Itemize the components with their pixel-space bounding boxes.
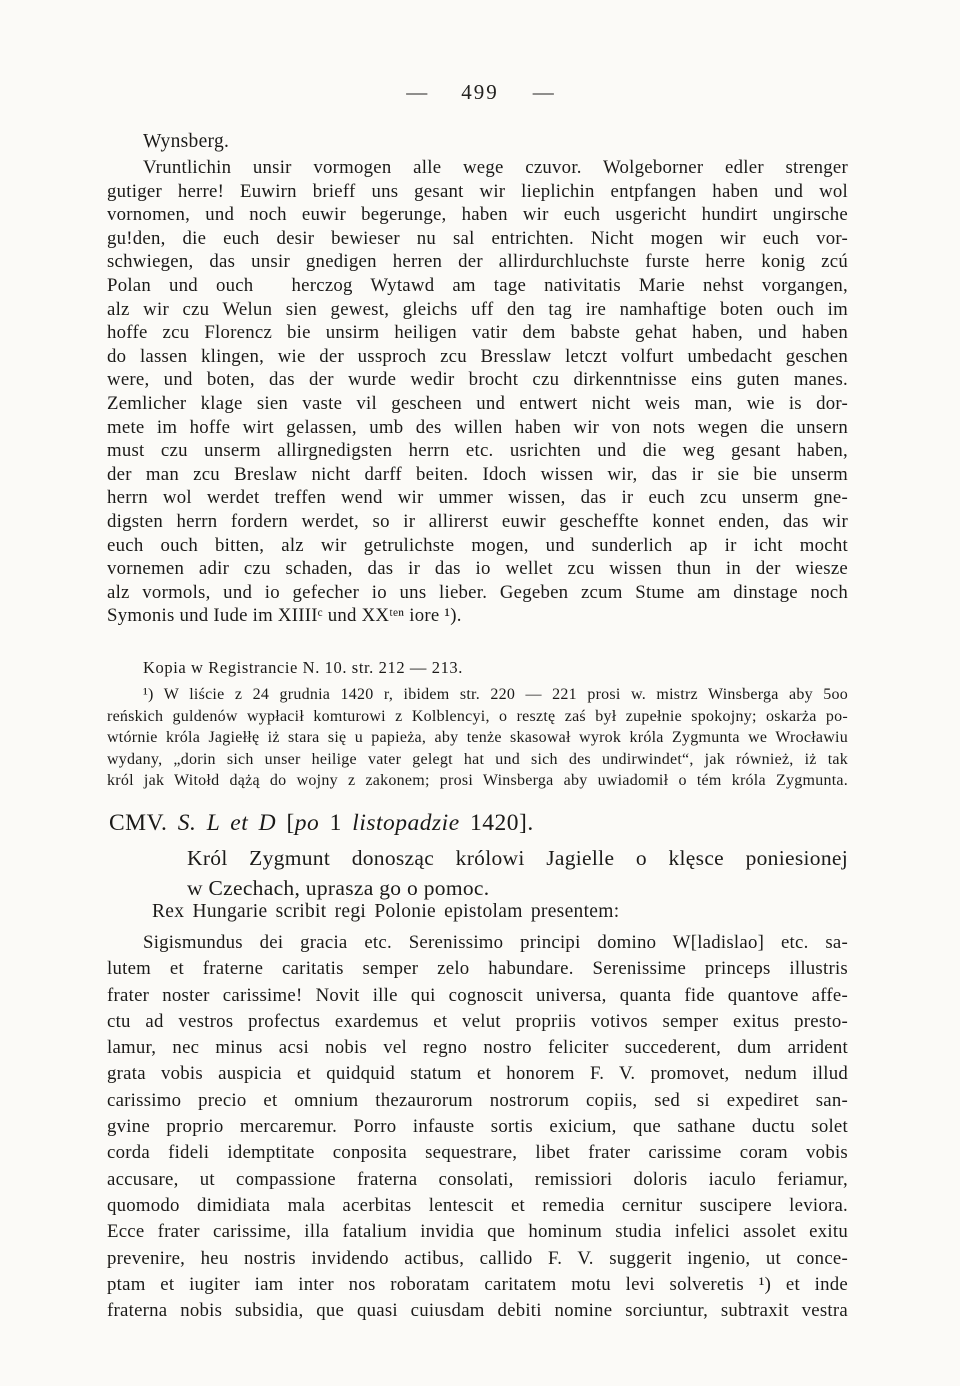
text-line: alz vormols, und io gefecher io uns lieb…: [107, 581, 848, 605]
text-line: euch ouch bitten, alz wir getrulichste m…: [107, 534, 848, 558]
heading-segment: 1: [319, 810, 352, 836]
text-line: w Czechach, uprasza go o pomoc.: [187, 873, 848, 903]
text-line: Ecce frater carissime, illa fatalium inv…: [107, 1219, 848, 1245]
header-dash-left: —: [406, 80, 427, 104]
text-line: do lassen klingen, wie der ussproch zcu …: [107, 345, 848, 369]
heading-segment: [: [286, 810, 294, 836]
entry-subtitle: Król Zygmunt donosząc królowi Jagielle o…: [187, 843, 848, 903]
text-line: schwiegen, das unsir gnedigen herren der…: [107, 250, 848, 274]
text-line: ctu ad vestros profectus exardemus et ve…: [107, 1009, 848, 1035]
text-line: herrn wol werdet treffen wend wir ummer …: [107, 486, 848, 510]
heading-segment: CMV.: [109, 810, 178, 836]
footnote: ¹) W liście z 24 grudnia 1420 r, ibidem …: [107, 684, 848, 792]
heading-segment: listopadzie: [352, 810, 459, 836]
page-number: 499: [461, 80, 499, 104]
header-dash-right: —: [533, 80, 554, 104]
heading-segment: S. L et D: [178, 810, 287, 836]
text-line: alz wir czu Welun sien gewest, gleichs u…: [107, 298, 848, 322]
text-line: Symonis und Iude im XIIIIᶜ und XXᵗᵉⁿ ior…: [107, 604, 848, 628]
text-line: Sigismundus dei gracia etc. Serenissimo …: [107, 930, 848, 956]
text-line: lutem et fraterne caritatis semper zelo …: [107, 956, 848, 982]
text-line: Król Zygmunt donosząc królowi Jagielle o…: [187, 843, 848, 873]
text-line: Zemlicher klage sien vaste vil gescheen …: [107, 392, 848, 416]
text-line: corda fideli idemptitate conposita seque…: [107, 1140, 848, 1166]
text-line: accusare, ut compassione fraterna consol…: [107, 1167, 848, 1193]
text-line: król jak Witołd dążą do wojny z zakonem;…: [107, 770, 848, 792]
text-line: vornemen adir czu schaden, das ir das io…: [107, 557, 848, 581]
text-line: digsten herrn fordern werdet, so ir alli…: [107, 510, 848, 534]
text-line: der man zcu Breslaw nicht darff beiten. …: [107, 463, 848, 487]
heading-segment: po: [295, 810, 320, 836]
text-line: hoffe zcu Florencz bie unsirm heiligen v…: [107, 321, 848, 345]
text-line: prevenire, heu nostris invidendo actibus…: [107, 1246, 848, 1272]
latin-intro: Rex Hungarie scribit regi Polonie episto…: [152, 901, 619, 923]
entry-heading: CMV. S. L et D [po 1 listopadzie 1420].: [109, 810, 850, 837]
text-line: mete im hoffe wirt gelassen, umb des wil…: [107, 416, 848, 440]
text-line: gu!den, die euch desir bewieser nu sal e…: [107, 227, 848, 251]
text-line: wydany, „dorin sich unser heilige vater …: [107, 749, 848, 771]
text-line: Vruntlichin unsir vormogen alle wege czu…: [107, 156, 848, 180]
letter-addressee: Wynsberg.: [143, 131, 229, 153]
text-line: reńskich guldenów wypłacił komturowi z K…: [107, 706, 848, 728]
text-line: lamur, nec minus acsi nobis vel regno no…: [107, 1035, 848, 1061]
text-line: were, und boten, das der wurde wedir bro…: [107, 368, 848, 392]
text-line: gvine proprio mercaremur. Porro infauste…: [107, 1114, 848, 1140]
text-line: vornomen, und noch euwir begerunge, habe…: [107, 203, 848, 227]
german-letter-body: Vruntlichin unsir vormogen alle wege czu…: [107, 156, 848, 628]
heading-segment: 1420].: [460, 810, 534, 836]
text-line: gutiger herre! Euwirn brieff uns gesant …: [107, 180, 848, 204]
scanned-document-page: —499— Wynsberg. Vruntlichin unsir vormog…: [0, 0, 960, 1386]
text-line: ptam et iugiter iam inter nos roboratam …: [107, 1272, 848, 1298]
page-header: —499—: [0, 80, 960, 105]
text-line: quomodo dimidiata mala acerbitas lentesc…: [107, 1193, 848, 1219]
text-line: carissimo precio et omnium thezaurorum n…: [107, 1088, 848, 1114]
text-line: Polan und ouch herczog Wytawd am tage na…: [107, 274, 848, 298]
text-line: frater noster carissime! Novit ille qui …: [107, 983, 848, 1009]
source-note: Kopia w Registrancie N. 10. str. 212 — 2…: [143, 658, 463, 678]
text-line: grata vobis auspicia et quidquid statum …: [107, 1061, 848, 1087]
text-line: fraterna nobis subsidia, que quasi cuius…: [107, 1298, 848, 1324]
text-line: ¹) W liście z 24 grudnia 1420 r, ibidem …: [107, 684, 848, 706]
text-line: wtórnie króla Jagiełłę iż stara się u pa…: [107, 727, 848, 749]
text-line: must czu unserm allirgnedigsten herrn et…: [107, 439, 848, 463]
latin-letter-body: Sigismundus dei gracia etc. Serenissimo …: [107, 930, 848, 1324]
